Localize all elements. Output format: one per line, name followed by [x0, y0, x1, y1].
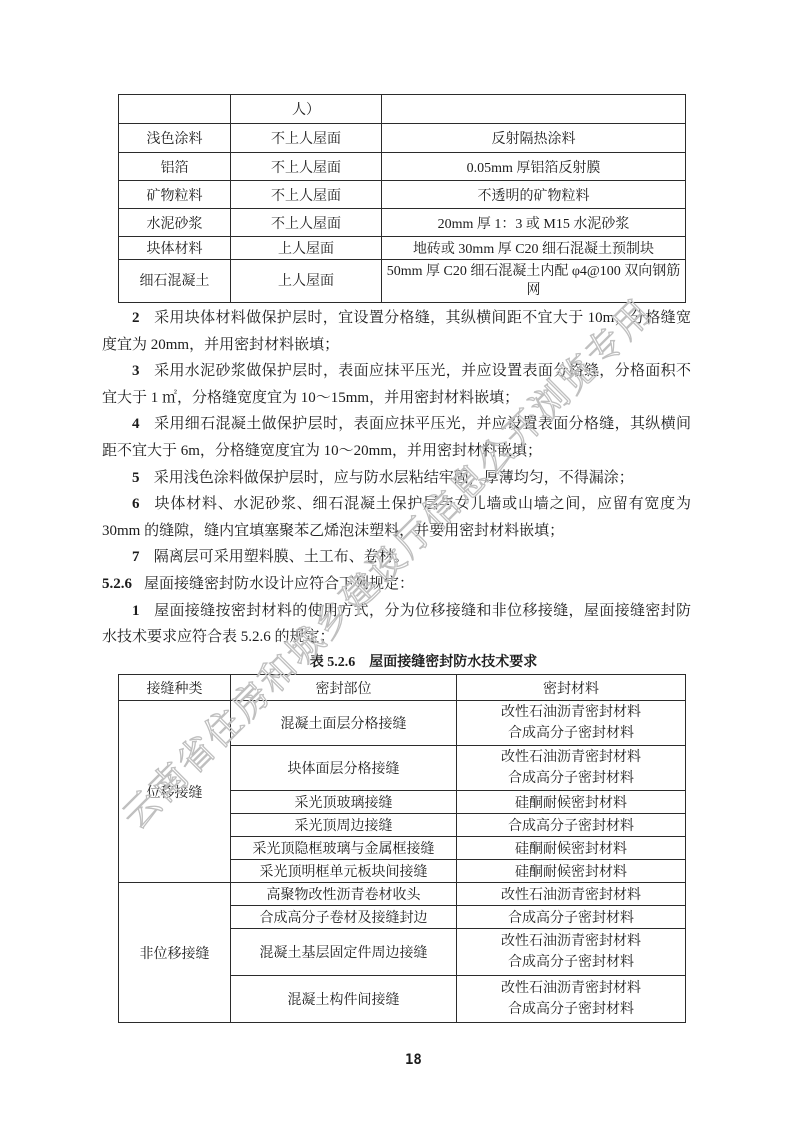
table-row: 人） — [119, 95, 686, 124]
table-cell: 上人屋面 — [231, 260, 382, 303]
table-cell: 混凝土基层固定件周边接缝 — [231, 929, 457, 976]
column-header: 接缝种类 — [119, 675, 231, 701]
table-cell — [119, 95, 231, 124]
paragraph: 4采用细石混凝土做保护层时，表面应抹平压光，并应设置表面分格缝，其纵横间距不宜大… — [102, 411, 691, 464]
table-caption: 表 5.2.6 屋面接缝密封防水技术要求 — [118, 653, 685, 673]
table-cell: 合成高分子卷材及接缝封边 — [231, 906, 457, 929]
table-cell: 上人屋面 — [231, 237, 382, 260]
page-number: 18 — [405, 1052, 422, 1068]
table-cell: 混凝土构件间接缝 — [231, 976, 457, 1023]
table-cell: 细石混凝土 — [119, 260, 231, 303]
paragraph-text: 屋面接缝按密封材料的使用方式，分为位移接缝和非位移接缝，屋面接缝密封防水技术要求… — [102, 603, 691, 646]
group-cell: 非位移接缝 — [119, 883, 231, 1023]
table-cell: 合成高分子密封材料 — [457, 906, 686, 929]
table-cell: 高聚物改性沥青卷材收头 — [231, 883, 457, 906]
paragraph: 7隔离层可采用塑料膜、土工布、卷材。 — [102, 544, 691, 571]
table-cell: 改性石油沥青密封材料 合成高分子密封材料 — [457, 976, 686, 1023]
paragraph-number: 1 — [132, 603, 140, 619]
material-line: 合成高分子密封材料 — [459, 723, 683, 744]
table-cell: 块体材料 — [119, 237, 231, 260]
paragraph-number: 2 — [132, 310, 140, 326]
table-row: 水泥砂浆 不上人屋面 20mm 厚 1：3 或 M15 水泥砂浆 — [119, 209, 686, 237]
group-cell: 位移接缝 — [119, 701, 231, 883]
table-cell — [382, 95, 686, 124]
table-header-row: 接缝种类 密封部位 密封材料 — [119, 675, 686, 701]
table-cell: 混凝土面层分格接缝 — [231, 701, 457, 746]
table-cell: 改性石油沥青密封材料 合成高分子密封材料 — [457, 929, 686, 976]
table-row: 非位移接缝 高聚物改性沥青卷材收头 改性石油沥青密封材料 — [119, 883, 686, 906]
clause-text-block: 2采用块体材料做保护层时，宜设置分格缝，其纵横间距不宜大于 10m，分格缝宽度宜… — [102, 305, 691, 651]
table-cell: 改性石油沥青密封材料 合成高分子密封材料 — [457, 746, 686, 791]
table-row: 矿物粒料 不上人屋面 不透明的矿物粒料 — [119, 181, 686, 209]
table-cell: 50mm 厚 C20 细石混凝土内配 φ4@100 双向钢筋网 — [382, 260, 686, 303]
table-row: 位移接缝 混凝土面层分格接缝 改性石油沥青密封材料 合成高分子密封材料 — [119, 701, 686, 746]
section-number: 5.2.6 — [102, 576, 132, 592]
table-cell: 采光顶玻璃接缝 — [231, 791, 457, 814]
paragraph-number: 4 — [132, 416, 140, 432]
continuation-table: 人） 浅色涂料 不上人屋面 反射隔热涂料 铝箔 不上人屋面 0.05mm 厚铝箔… — [118, 94, 686, 303]
table-cell: 矿物粒料 — [119, 181, 231, 209]
table-cell: 铝箔 — [119, 153, 231, 181]
table-cell: 改性石油沥青密封材料 — [457, 883, 686, 906]
section-text: 屋面接缝密封防水设计应符合下列规定： — [144, 576, 414, 592]
table-cell: 改性石油沥青密封材料 合成高分子密封材料 — [457, 701, 686, 746]
paragraph: 1屋面接缝按密封材料的使用方式，分为位移接缝和非位移接缝，屋面接缝密封防水技术要… — [102, 598, 691, 651]
table-cell: 不上人屋面 — [231, 124, 382, 153]
page: 人） 浅色涂料 不上人屋面 反射隔热涂料 铝箔 不上人屋面 0.05mm 厚铝箔… — [0, 0, 793, 1122]
paragraph-number: 5 — [132, 470, 140, 486]
paragraph-number: 3 — [132, 363, 140, 379]
table-cell: 不上人屋面 — [231, 209, 382, 237]
table-cell: 采光顶隐框玻璃与金属框接缝 — [231, 837, 457, 860]
paragraph: 5采用浅色涂料做保护层时，应与防水层粘结牢固，厚薄均匀，不得漏涂； — [102, 465, 691, 492]
paragraph-text: 采用浅色涂料做保护层时，应与防水层粘结牢固，厚薄均匀，不得漏涂； — [154, 470, 634, 486]
paragraph: 3采用水泥砂浆做保护层时，表面应抹平压光，并应设置表面分格缝，分格面积不宜大于 … — [102, 358, 691, 411]
material-line: 合成高分子密封材料 — [459, 999, 683, 1020]
table-cell: 硅酮耐候密封材料 — [457, 860, 686, 883]
paragraph-text: 隔离层可采用塑料膜、土工布、卷材。 — [154, 549, 409, 565]
material-line: 合成高分子密封材料 — [459, 952, 683, 973]
table-cell: 不上人屋面 — [231, 153, 382, 181]
paragraph-text: 采用水泥砂浆做保护层时，表面应抹平压光，并应设置表面分格缝，分格面积不宜大于 1… — [102, 363, 691, 406]
paragraph-text: 采用细石混凝土做保护层时，表面应抹平压光，并应设置表面分格缝，其纵横间距不宜大于… — [102, 416, 691, 459]
table-cell: 采光顶明框单元板块间接缝 — [231, 860, 457, 883]
table-cell: 不上人屋面 — [231, 181, 382, 209]
table-cell: 水泥砂浆 — [119, 209, 231, 237]
material-line: 改性石油沥青密封材料 — [459, 702, 683, 723]
table-cell: 0.05mm 厚铝箔反射膜 — [382, 153, 686, 181]
table-cell: 20mm 厚 1：3 或 M15 水泥砂浆 — [382, 209, 686, 237]
paragraph: 6块体材料、水泥砂浆、细石混凝土保护层与女儿墙或山墙之间，应留有宽度为 30mm… — [102, 491, 691, 544]
paragraph: 2采用块体材料做保护层时，宜设置分格缝，其纵横间距不宜大于 10m，分格缝宽度宜… — [102, 305, 691, 358]
paragraph-number: 7 — [132, 549, 140, 565]
paragraph-text: 采用块体材料做保护层时，宜设置分格缝，其纵横间距不宜大于 10m，分格缝宽度宜为… — [102, 310, 691, 353]
table-cell: 反射隔热涂料 — [382, 124, 686, 153]
column-header: 密封部位 — [231, 675, 457, 701]
table-row: 铝箔 不上人屋面 0.05mm 厚铝箔反射膜 — [119, 153, 686, 181]
column-header: 密封材料 — [457, 675, 686, 701]
material-line: 合成高分子密封材料 — [459, 768, 683, 789]
material-line: 改性石油沥青密封材料 — [459, 931, 683, 952]
table-cell: 地砖或 30mm 厚 C20 细石混凝土预制块 — [382, 237, 686, 260]
table-row: 浅色涂料 不上人屋面 反射隔热涂料 — [119, 124, 686, 153]
paragraph-text: 块体材料、水泥砂浆、细石混凝土保护层与女儿墙或山墙之间，应留有宽度为 30mm … — [102, 496, 691, 539]
table-row: 块体材料 上人屋面 地砖或 30mm 厚 C20 细石混凝土预制块 — [119, 237, 686, 260]
table-cell: 合成高分子密封材料 — [457, 814, 686, 837]
paragraph-number: 6 — [132, 496, 140, 512]
table-cell: 硅酮耐候密封材料 — [457, 791, 686, 814]
table-cell: 采光顶周边接缝 — [231, 814, 457, 837]
table-cell: 不透明的矿物粒料 — [382, 181, 686, 209]
joints-table: 接缝种类 密封部位 密封材料 位移接缝 混凝土面层分格接缝 改性石油沥青密封材料… — [118, 674, 686, 1023]
table-row: 细石混凝土 上人屋面 50mm 厚 C20 细石混凝土内配 φ4@100 双向钢… — [119, 260, 686, 303]
table-cell: 人） — [231, 95, 382, 124]
section-heading: 5.2.6屋面接缝密封防水设计应符合下列规定： — [102, 571, 691, 598]
table-cell: 硅酮耐候密封材料 — [457, 837, 686, 860]
material-line: 改性石油沥青密封材料 — [459, 747, 683, 768]
table-cell: 块体面层分格接缝 — [231, 746, 457, 791]
material-line: 改性石油沥青密封材料 — [459, 978, 683, 999]
table-cell: 浅色涂料 — [119, 124, 231, 153]
